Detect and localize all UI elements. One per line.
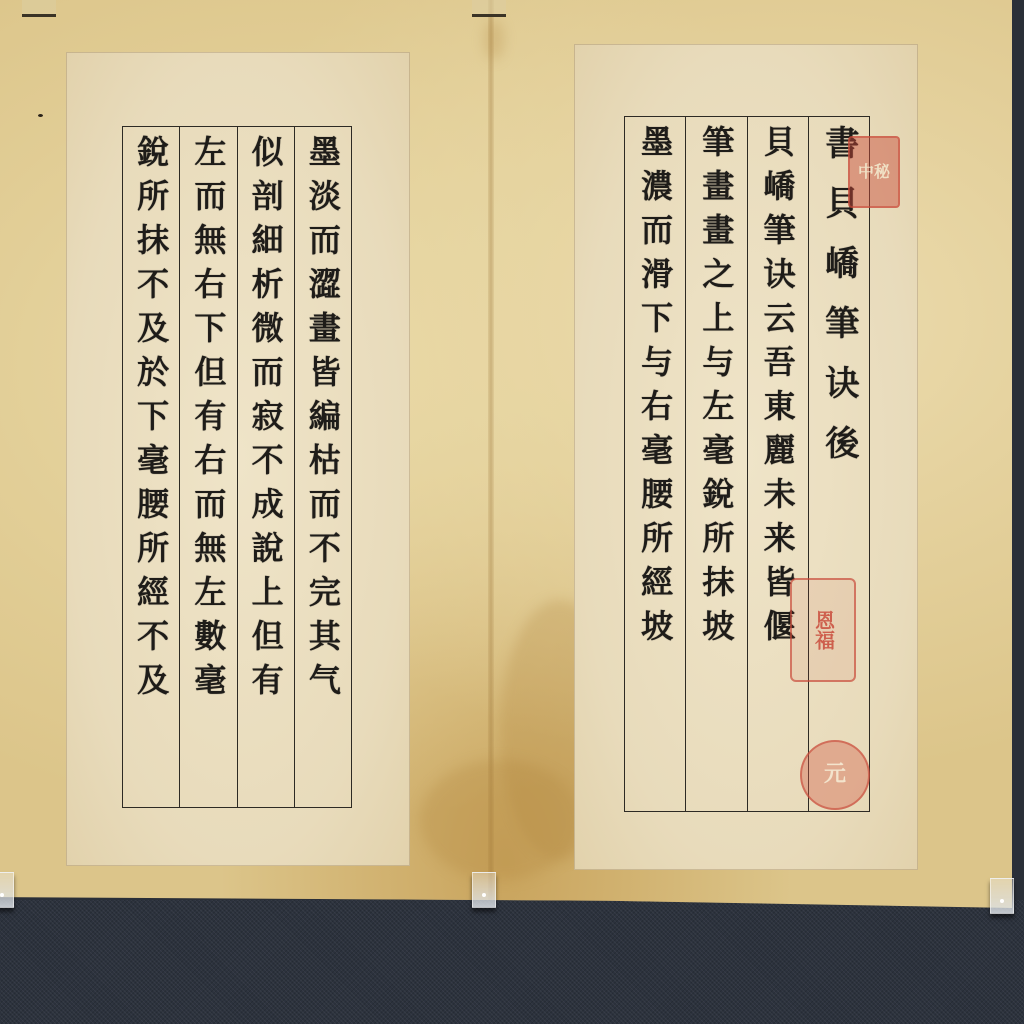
left-column-4: 銳所抹不及於下毫腰所經不及 (123, 127, 179, 807)
right-column-grid: 書貝嶠筆诀後 貝嶠筆诀云吾東麗未来皆偃 筆畫畫之上与左毫銳所抹坡 墨濃而滑下与右… (624, 116, 870, 812)
calligraphy-text: 左而無右下但有右而無左數毫 (192, 135, 224, 707)
red-seal-top: 中秘 (848, 136, 900, 208)
calligraphy-text: 墨濃而滑下与右毫腰所經坡 (639, 125, 671, 653)
right-column-1-title: 書貝嶠筆诀後 (808, 117, 869, 811)
water-stain (484, 20, 504, 60)
calligraphy-text: 墨淡而澀畫皆編枯而不完其气 (307, 135, 339, 707)
calligraphy-text: 貝嶠筆诀云吾東麗未来皆偃 (762, 125, 794, 653)
calligraphy-text: 筆畫畫之上与左毫銳所抹坡 (700, 125, 732, 653)
right-column-4: 墨濃而滑下与右毫腰所經坡 (625, 117, 685, 811)
acrylic-mount-clip (472, 872, 496, 908)
right-column-3: 筆畫畫之上与左毫銳所抹坡 (685, 117, 746, 811)
acrylic-mount-clip (990, 878, 1014, 914)
album-mount: 墨淡而澀畫皆編枯而不完其气 似剖細析微而寂不成說上但有 左而無右下但有右而無左數… (0, 0, 1012, 908)
display-cloth (0, 900, 1024, 1024)
left-column-2: 似剖細析微而寂不成說上但有 (237, 127, 294, 807)
paper-speck (38, 114, 43, 117)
left-column-grid: 墨淡而澀畫皆編枯而不完其气 似剖細析微而寂不成說上但有 左而無右下但有右而無左數… (122, 126, 352, 808)
red-seal-round: 元 (800, 740, 870, 810)
left-column-1: 墨淡而澀畫皆編枯而不完其气 (294, 127, 351, 807)
mount-clip-top (472, 0, 506, 17)
calligraphy-text: 銳所抹不及於下毫腰所經不及 (135, 135, 167, 707)
mount-clip-top (22, 0, 56, 17)
acrylic-mount-clip (0, 872, 14, 908)
water-stain (420, 760, 580, 880)
left-column-3: 左而無右下但有右而無左數毫 (179, 127, 236, 807)
right-column-2: 貝嶠筆诀云吾東麗未来皆偃 (747, 117, 808, 811)
left-calligraphy-leaf: 墨淡而澀畫皆編枯而不完其气 似剖細析微而寂不成說上但有 左而無右下但有右而無左數… (66, 52, 410, 866)
calligraphy-text: 似剖細析微而寂不成說上但有 (250, 135, 282, 707)
red-seal-square: 恩福 (790, 578, 856, 682)
